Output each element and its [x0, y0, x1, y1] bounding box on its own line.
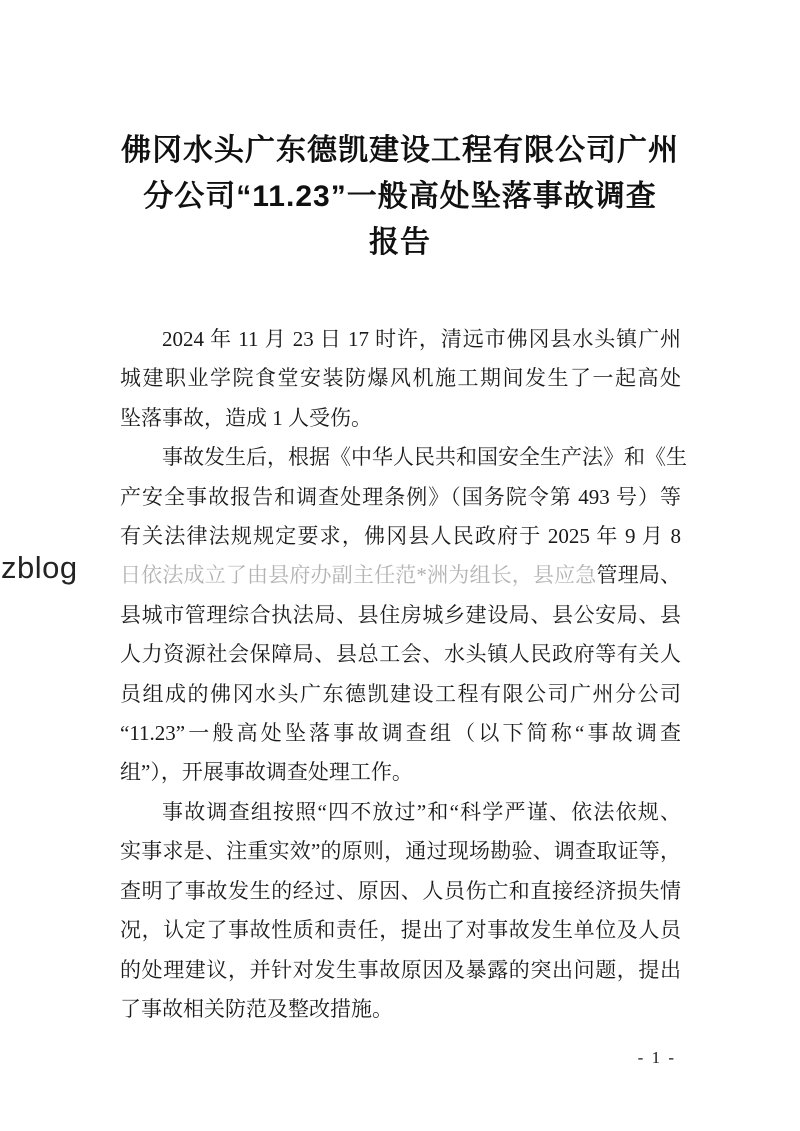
page-number: - 1 -: [0, 1048, 676, 1068]
document-page: zblog 佛冈水头广东德凯建设工程有限公司广州分公司“11.23”一般高处坠落…: [0, 0, 800, 1131]
text-line: 组”），开展事故调查处理工作。: [120, 753, 681, 792]
text-run: 查明了事故发生的经过、原因、人员伤亡和直接经济损失情: [120, 879, 681, 903]
redacted-gray-text: 日依法成立了由县府办副主任范*洲为组长，县应急: [120, 563, 596, 587]
text-line: 查明了事故发生的经过、原因、人员伤亡和直接经济损失情: [120, 872, 681, 911]
title-line: 报告: [60, 220, 740, 266]
text-line: 事故调查组按照“四不放过”和“科学严谨、依法依规、: [120, 793, 681, 832]
text-line: “11.23”一般高处坠落事故调查组（以下简称“事故调查: [120, 714, 681, 753]
text-line: 坠落事故，造成 1 人受伤。: [120, 399, 681, 438]
text-line: 2024 年 11 月 23 日 17 时许，清远市佛冈县水头镇广州: [120, 320, 681, 359]
text-run: “11.23”一般高处坠落事故调查组（以下简称“事故调查: [120, 721, 681, 745]
text-run: 县城市管理综合执法局、县住房城乡建设局、县公安局、县: [120, 603, 681, 627]
text-line: 日依法成立了由县府办副主任范*洲为组长，县应急管理局、: [120, 556, 681, 595]
text-line: 的处理建议，并针对发生事故原因及暴露的突出问题，提出: [120, 951, 681, 990]
watermark-zblog: zblog: [1, 549, 78, 587]
text-run: 管理局、: [596, 563, 681, 587]
title-line: 佛冈水头广东德凯建设工程有限公司广州: [60, 128, 740, 174]
text-run: 事故发生后，根据《中华人民共和国安全生产法》和《生: [162, 445, 687, 469]
text-run: 实事求是、注重实效”的原则，通过现场勘验、调查取证等，: [120, 839, 681, 863]
text-run: 员组成的佛冈水头广东德凯建设工程有限公司广州分公司: [120, 682, 681, 706]
text-run: 人力资源社会保障局、县总工会、水头镇人民政府等有关人: [120, 642, 681, 666]
document-title: 佛冈水头广东德凯建设工程有限公司广州分公司“11.23”一般高处坠落事故调查报告: [60, 128, 740, 266]
text-line: 产安全事故报告和调查处理条例》（国务院令第 493 号）等: [120, 478, 681, 517]
text-run: 坠落事故，造成 1 人受伤。: [120, 406, 372, 430]
paragraph: 事故发生后，根据《中华人民共和国安全生产法》和《生产安全事故报告和调查处理条例》…: [120, 438, 681, 793]
text-line: 况，认定了事故性质和责任，提出了对事故发生单位及人员: [120, 911, 681, 950]
text-run: 城建职业学院食堂安装防爆风机施工期间发生了一起高处: [120, 366, 681, 390]
text-run: 况，认定了事故性质和责任，提出了对事故发生单位及人员: [120, 918, 681, 942]
text-run: 事故调查组按照“四不放过”和“科学严谨、依法依规、: [162, 800, 681, 824]
text-line: 员组成的佛冈水头广东德凯建设工程有限公司广州分公司: [120, 675, 681, 714]
text-line: 事故发生后，根据《中华人民共和国安全生产法》和《生: [120, 438, 681, 477]
title-line: 分公司“11.23”一般高处坠落事故调查: [60, 174, 740, 220]
text-line: 城建职业学院食堂安装防爆风机施工期间发生了一起高处: [120, 359, 681, 398]
text-run: 了事故相关防范及整改措施。: [120, 997, 393, 1021]
text-line: 人力资源社会保障局、县总工会、水头镇人民政府等有关人: [120, 635, 681, 674]
text-run: 产安全事故报告和调查处理条例》（国务院令第 493 号）等: [120, 485, 681, 509]
paragraph: 2024 年 11 月 23 日 17 时许，清远市佛冈县水头镇广州城建职业学院…: [120, 320, 681, 438]
text-line: 县城市管理综合执法局、县住房城乡建设局、县公安局、县: [120, 596, 681, 635]
text-run: 组”），开展事故调查处理工作。: [120, 760, 413, 784]
text-line: 了事故相关防范及整改措施。: [120, 990, 681, 1029]
text-run: 有关法律法规规定要求，佛冈县人民政府于 2025 年 9 月 8: [120, 524, 681, 548]
text-run: 的处理建议，并针对发生事故原因及暴露的突出问题，提出: [120, 958, 681, 982]
paragraph: 事故调查组按照“四不放过”和“科学严谨、依法依规、实事求是、注重实效”的原则，通…: [120, 793, 681, 1029]
text-run: 2024 年 11 月 23 日 17 时许，清远市佛冈县水头镇广州: [162, 327, 681, 351]
text-line: 有关法律法规规定要求，佛冈县人民政府于 2025 年 9 月 8: [120, 517, 681, 556]
text-line: 实事求是、注重实效”的原则，通过现场勘验、调查取证等，: [120, 832, 681, 871]
document-body: 2024 年 11 月 23 日 17 时许，清远市佛冈县水头镇广州城建职业学院…: [120, 320, 681, 1029]
